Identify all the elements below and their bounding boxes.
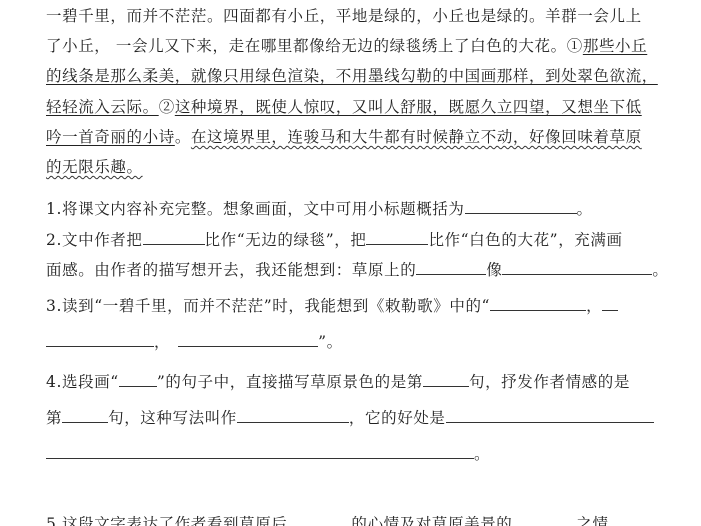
question-3-line-2: ，”。 [46,330,343,352]
answer-blank[interactable] [143,228,205,245]
question-text: 4.选段画“ [46,373,119,391]
question-5-line-1: 5.这段文字表达了作者看到草原后的心情及对草原美景的之情 [46,512,609,526]
answer-blank[interactable] [416,258,486,275]
question-text: 3.读到“一碧千里，而并不茫茫”时，我能想到《敕勒歌》中的“ [46,297,490,315]
punctuation: 。 [577,200,593,218]
question-3-line-1: 3.读到“一碧千里，而并不茫茫”时，我能想到《敕勒歌》中的“， [46,294,618,316]
answer-blank[interactable] [366,228,428,245]
question-text: 面感。由作者的描写想开去，我还能想到：草原上的 [46,261,416,279]
underlined-sentence-1: 轻轻流入云际。 [46,98,159,116]
answer-blank[interactable] [46,330,154,347]
answer-blank[interactable] [119,370,157,387]
sentence-marker-1: ① [567,37,583,55]
question-text: 5.这段文字表达了作者看到草原后 [46,515,287,526]
answer-blank[interactable] [512,512,576,526]
question-text: 像 [486,261,502,279]
question-text: 1.将课文内容补充完整。想象画面，文中可用小标题概括为 [46,200,465,218]
question-text: 的心情及对草原美景的 [351,515,512,526]
sentence-marker-2: ② [159,98,175,116]
answer-blank[interactable] [178,330,318,347]
punctuation: ， [586,297,602,315]
passage-line-3: 的线条是那么柔美，就像只用绿色渲染，不用墨线勾勒的中国画那样，到处翠色欲流， [46,66,658,86]
passage-line-1: 一碧千里，而并不茫茫。四面都有小丘，平地是绿的，小丘也是绿的。羊群一会儿上 [46,6,642,26]
punctuation: 。 [652,261,668,279]
passage-line-6: 的无限乐趣。 [46,157,143,177]
question-4-line-2: 第句，这种写法叫作，它的好处是 [46,406,654,428]
wavy-underlined-sentence: 在这境界里，连骏马和大牛都有时候静立不动，好像回味着草原 [191,128,642,146]
answer-blank[interactable] [502,258,652,275]
underlined-sentence-2: 吟一首奇丽的小诗 [46,128,175,146]
question-text: ”的句子中，直接描写草原景色的是第 [157,373,423,391]
answer-blank[interactable] [602,294,618,311]
question-4-line-1: 4.选段画“”的句子中，直接描写草原景色的是第句，抒发作者情感的是 [46,370,630,392]
question-text: 比作“无边的绿毯”，把 [205,231,367,249]
question-2-line-2: 面感。由作者的描写想开去，我还能想到：草原上的像。 [46,258,669,280]
answer-blank[interactable] [237,406,349,423]
question-text: 句，这种写法叫作 [108,409,237,427]
passage-line-2: 了小丘， 一会儿又下来，走在哪里都像给无边的绿毯绣上了白色的大花。①那些小丘 [46,36,647,56]
passage-text: 一碧千里，而并不茫茫。四面都有小丘，平地是绿的，小丘也是绿的。羊群一会儿上 [46,7,642,25]
underlined-sentence-1: 的线条是那么柔美，就像只用绿色渲染，不用墨线勾勒的中国画那样，到处翠色欲流， [46,67,658,85]
question-4-line-3: 。 [46,442,490,464]
answer-blank[interactable] [446,406,654,423]
punctuation: 。 [474,445,490,463]
answer-blank[interactable] [490,294,586,311]
punctuation: 。 [175,128,191,146]
answer-blank[interactable] [62,406,108,423]
answer-blank[interactable] [465,197,577,214]
answer-blank[interactable] [423,370,469,387]
question-text: 句，抒发作者情感的是 [469,373,630,391]
question-1: 1.将课文内容补充完整。想象画面，文中可用小标题概括为。 [46,197,593,219]
question-text: 2.文中作者把 [46,231,143,249]
answer-blank[interactable] [287,512,351,526]
question-2-line-1: 2.文中作者把比作“无边的绿毯”，把比作“白色的大花”，充满画 [46,228,623,250]
underlined-sentence-2: 这种境界，既使人惊叹，又叫人舒服，既愿久立四望，又想坐下低 [175,98,642,116]
question-text: 之情 [576,515,608,526]
passage-line-5: 吟一首奇丽的小诗。在这境界里，连骏马和大牛都有时候静立不动，好像回味着草原 [46,127,642,147]
punctuation: ， [154,333,170,351]
punctuation: ”。 [318,333,343,351]
question-text: 第 [46,409,62,427]
passage-line-4: 轻轻流入云际。②这种境界，既使人惊叹，又叫人舒服，既愿久立四望，又想坐下低 [46,97,642,117]
passage-text: 了小丘， 一会儿又下来，走在哪里都像给无边的绿毯绣上了白色的大花。 [46,37,567,55]
question-text: 比作“白色的大花”，充满画 [428,231,622,249]
answer-blank[interactable] [46,442,474,459]
question-text: ，它的好处是 [349,409,446,427]
wavy-underlined-sentence: 的无限乐趣。 [46,158,143,176]
underlined-sentence-1: 那些小丘 [583,37,647,55]
